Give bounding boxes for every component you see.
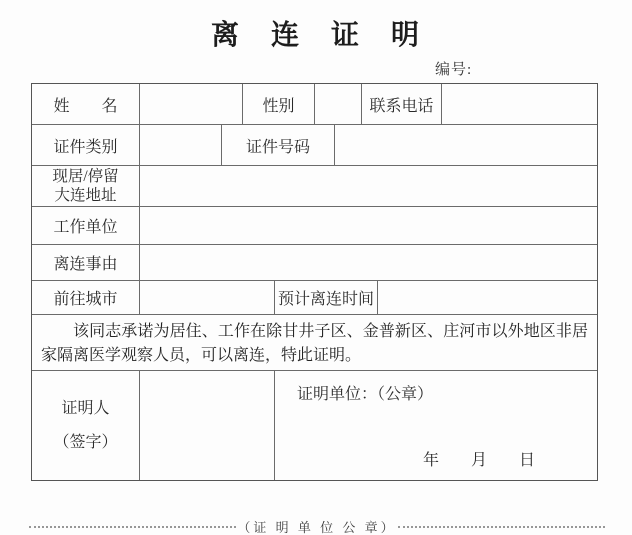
dotted-rule-right — [398, 526, 605, 528]
certifying-unit-label: 证明单位：（公章） — [275, 381, 597, 404]
phone-value-cell — [442, 84, 597, 124]
address-label-line1: 现居/停留 — [52, 167, 118, 186]
reason-label: 离连事由 — [32, 245, 140, 280]
certifying-unit-cell: 证明单位：（公章） 年 月 日 — [275, 371, 597, 480]
address-value-cell — [140, 166, 597, 206]
document-title: 离 连 证 明 — [0, 13, 632, 53]
departure-time-value-cell — [378, 281, 597, 314]
table-row-id: 证件类别 证件号码 — [32, 125, 597, 166]
gender-value-cell — [315, 84, 362, 124]
gender-label: 性别 — [243, 84, 315, 124]
statement-text: 该同志承诺为居住、工作在除甘井子区、金普新区、庄河市以外地区非居家隔离医学观察人… — [32, 315, 597, 370]
certificate-page: 离 连 证 明 编号: 姓 名 性别 联系电话 证件类别 证件号码 现居/停留 … — [0, 13, 632, 535]
certificate-form-table: 姓 名 性别 联系电话 证件类别 证件号码 现居/停留 大连地址 工作单位 离连 — [31, 83, 598, 481]
employer-label: 工作单位 — [32, 207, 140, 244]
address-label-line2: 大连地址 — [54, 186, 116, 205]
seal-cut-line: （证 明 单 位 公 章） — [29, 517, 605, 535]
table-row-travel: 前往城市 预计离连时间 — [32, 281, 597, 315]
certifier-label-line2: （签字） — [53, 434, 117, 452]
number-label: 编号: — [435, 62, 472, 78]
certifier-signature-cell — [140, 371, 275, 480]
certifier-label: 证明人 （签字） — [32, 371, 140, 480]
table-row-reason: 离连事由 — [32, 245, 597, 281]
seal-line-label: （证 明 单 位 公 章） — [236, 517, 397, 535]
phone-label: 联系电话 — [362, 84, 442, 124]
dotted-rule-left — [29, 526, 236, 528]
table-row-certifier: 证明人 （签字） 证明单位：（公章） 年 月 日 — [32, 371, 597, 480]
reason-value-cell — [140, 245, 597, 280]
id-type-value-cell — [140, 125, 222, 165]
table-row-statement: 该同志承诺为居住、工作在除甘井子区、金普新区、庄河市以外地区非居家隔离医学观察人… — [32, 315, 597, 371]
name-label: 姓 名 — [32, 84, 140, 124]
id-number-value-cell — [335, 125, 597, 165]
employer-value-cell — [140, 207, 597, 244]
departure-time-label: 预计离连时间 — [275, 281, 378, 314]
table-row-employer: 工作单位 — [32, 207, 597, 245]
destination-label: 前往城市 — [32, 281, 140, 314]
name-value-cell — [140, 84, 243, 124]
number-line: 编号: — [0, 58, 632, 78]
address-label: 现居/停留 大连地址 — [32, 166, 140, 206]
certifier-label-line1: 证明人 — [61, 400, 109, 418]
date-label: 年 月 日 — [423, 447, 597, 470]
destination-value-cell — [140, 281, 275, 314]
table-row-personal: 姓 名 性别 联系电话 — [32, 84, 597, 125]
id-type-label: 证件类别 — [32, 125, 140, 165]
table-row-address: 现居/停留 大连地址 — [32, 166, 597, 207]
id-number-label: 证件号码 — [222, 125, 335, 165]
